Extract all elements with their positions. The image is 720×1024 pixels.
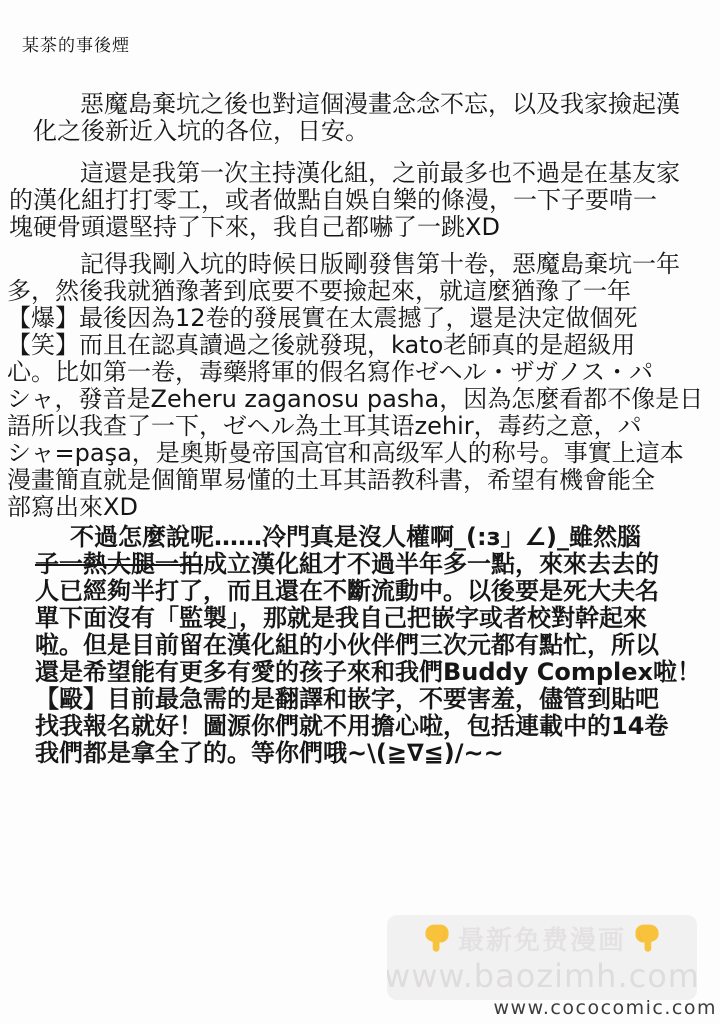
text-line: 啦。但是目前留在漢化組的小伙伴們三次元都有點忙，所以 [35,632,701,659]
text-line: 【笑】而且在認真讀過之後就發現，kato老師真的是超級用 [7,332,703,359]
text-line: 單下面沒有「監製」，那就是我自己把嵌字或者校對幹起來 [35,605,701,632]
watermark-banner: 最新免费漫画 www.baozimh.com [387,915,697,1000]
pointing-down-icon [631,922,663,954]
text-line: 【毆】目前最急需的是翻譯和嵌字，不要害羞，儘管到貼吧 [35,686,701,713]
text-line: 漫畫簡直就是個簡單易懂的土耳其語教科書，希望有機會能全 [7,467,703,494]
text-line: 塊硬骨頭還堅持了下來，我自己都嚇了一跳XD [9,214,680,241]
text-line: 化之後新近入坑的各位，日安。 [33,118,680,145]
text-line: シャ，發音是Zeheru zaganosu pasha，因為怎麼看都不像是日 [7,386,703,413]
text-line: 語所以我查了一下，ゼヘル為土耳其语zehir，毒药之意，パ [7,413,703,440]
watermark-site-url: www.cococomic.com [494,997,717,1019]
text-line: 還是希望能有更多有愛的孩子來和我們Buddy Complex啦！ [35,659,701,686]
watermark-banner-row: 最新免费漫画 [421,920,663,956]
paragraph-3: 記得我剛入坑的時候日版剛發售第十卷，惡魔島棄坑一年 多，然後我就猶豫著到底要不要… [7,251,703,521]
text-line: 我們都是拿全了的。等你們哦~\(≧∇≦)/~~ [35,740,701,767]
text-line: シャ=paşa，是奧斯曼帝国高官和高级军人的称号。事實上這本 [7,440,703,467]
text-line: 子一熱大腿一拍成立漢化組才不過半年多一點，來來去去的 [35,551,701,578]
text-line: 不過怎麼說呢……冷門真是沒人權啊_(:з」∠)_雖然腦 [35,524,701,551]
text-line: 部寫出來XD [7,494,703,521]
text-line: 心。比如第一卷，毒藥將軍的假名寫作ゼヘル・ザガノス・パ [7,359,703,386]
text-line: 這還是我第一次主持漢化組，之前最多也不過是在基友家 [9,160,680,187]
paragraph-1: 惡魔島棄坑之後也對這個漫畫念念不忘，以及我家撿起漢 化之後新近入坑的各位，日安。 [33,91,680,145]
text-line: 記得我剛入坑的時候日版剛發售第十卷，惡魔島棄坑一年 [7,251,703,278]
watermark-banner-url: www.baozimh.com [387,957,697,995]
text-line: 人已經夠半打了，而且還在不斷流動中。以後要是死大夫名 [35,578,701,605]
paragraph-4-bold: 不過怎麼說呢……冷門真是沒人權啊_(:з」∠)_雖然腦 子一熱大腿一拍成立漢化組… [35,524,701,767]
comic-text-page: 某茶的事後煙 惡魔島棄坑之後也對這個漫畫念念不忘，以及我家撿起漢 化之後新近入坑… [0,0,720,1024]
strikethrough-text: 子一熱大腿一拍 [35,550,203,578]
text-line: 多，然後我就猶豫著到底要不要撿起來，就這麼猶豫了一年 [7,278,703,305]
text-line: 的漢化組打打零工，或者做點自娛自樂的條漫，一下子要啃一 [9,187,680,214]
watermark-banner-title: 最新免费漫画 [458,920,626,957]
text-line: 惡魔島棄坑之後也對這個漫畫念念不忘，以及我家撿起漢 [33,91,680,118]
paragraph-2: 這還是我第一次主持漢化組，之前最多也不過是在基友家 的漢化組打打零工，或者做點自… [9,160,680,241]
pointing-down-icon [421,922,453,954]
text-segment: 成立漢化組才不過半年多一點，來來去去的 [203,550,659,578]
text-line: 【爆】最後因為12卷的發展實在太震撼了，還是決定做個死 [7,305,703,332]
text-line: 找我報名就好！圖源你們就不用擔心啦，包括連載中的14卷 [35,713,701,740]
page-title: 某茶的事後煙 [22,31,130,56]
